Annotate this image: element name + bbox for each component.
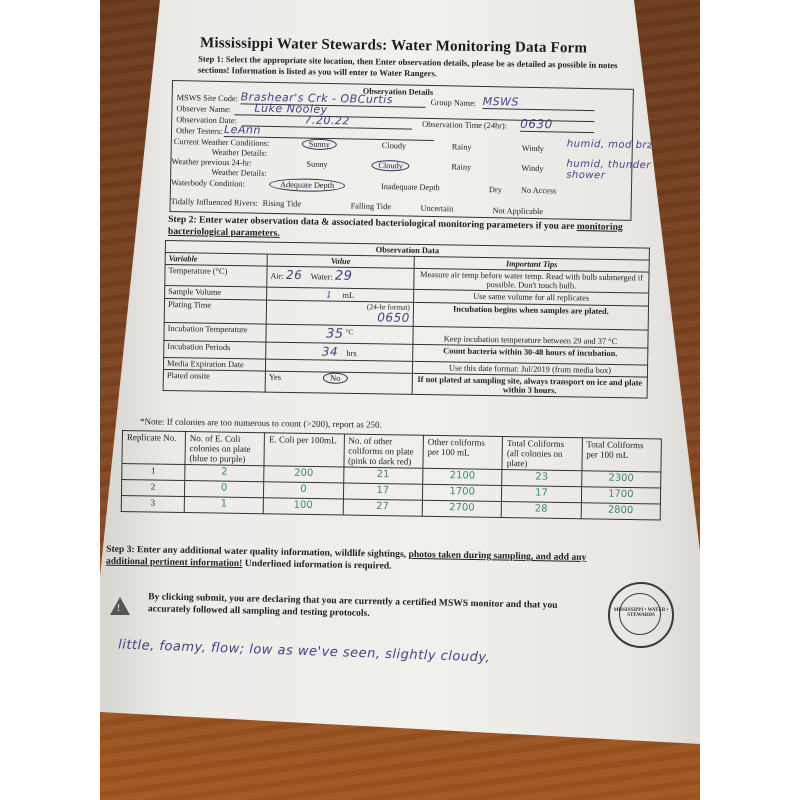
value-plating-time: (24-hr format) 0650	[266, 300, 413, 326]
water-temp-field[interactable]: 29	[335, 269, 353, 284]
sample-volume-field[interactable]: 1	[326, 290, 332, 300]
prev-weather-details-field[interactable]: humid, thunder shower	[566, 159, 676, 183]
replicate-col-header: No. of other coliforms on plate (pink to…	[343, 434, 423, 468]
replicate-value-cell[interactable]: 23	[502, 469, 582, 486]
observer-name-label: Observer Name:	[176, 104, 231, 114]
replicate-value-cell[interactable]: 2	[185, 464, 265, 481]
replicate-value-cell[interactable]: 17	[502, 485, 582, 502]
incubation-periods-unit: hrs	[346, 349, 356, 358]
replicate-table: Replicate No.No. of E. Coli colonies on …	[121, 430, 662, 520]
seal-text: MISSISSIPPI • WATER • STEWARDS	[610, 608, 672, 618]
tidal-option-uncertain[interactable]: Uncertain	[420, 204, 453, 214]
replicate-value-cell[interactable]: 2800	[581, 503, 661, 520]
plated-onsite-yes[interactable]: Yes	[269, 372, 281, 381]
current-weather-option-windy[interactable]: Windy	[522, 144, 544, 153]
replicate-value-cell[interactable]: 2100	[423, 468, 503, 485]
replicate-col-header: Total Coliforms per 100 mL	[581, 438, 661, 472]
current-weather-option-rainy[interactable]: Rainy	[452, 142, 472, 151]
replicate-col-header: No. of E. Coli colonies on plate (blue t…	[185, 431, 265, 465]
prev-weather-option-sunny[interactable]: Sunny	[306, 160, 327, 169]
waterbody-option-dry[interactable]: Dry	[489, 185, 502, 194]
observation-details-box: Observation Details MSWS Site Code: Bras…	[169, 80, 633, 221]
prev-weather-details-label: Weather Details:	[211, 168, 266, 178]
tidal-option-falling[interactable]: Falling Tide	[351, 201, 392, 211]
weather-details-label: Weather Details:	[212, 148, 267, 158]
replicate-value-cell[interactable]: 28	[501, 501, 581, 518]
waterbody-condition-label: Waterbody Condition:	[171, 178, 245, 188]
replicate-value-cell[interactable]: 2700	[422, 500, 502, 517]
prev-weather-label: Weather previous 24-hr:	[171, 157, 252, 168]
variable-temperature: Temperature (°C)	[165, 265, 267, 288]
tip-plated-onsite: If not plated at sampling site, always t…	[412, 373, 647, 398]
air-temp-field[interactable]: 26	[286, 268, 302, 282]
variable-plated-onsite: Plated onsite	[163, 369, 265, 392]
replicate-value-cell[interactable]: 17	[343, 483, 423, 500]
plated-onsite-no[interactable]: No	[323, 372, 347, 383]
value-plated-onsite: Yes No	[265, 371, 412, 394]
photo-background: Mississippi Water Stewards: Water Monito…	[100, 0, 700, 800]
tidal-label: Tidally Influenced Rivers:	[171, 197, 258, 208]
value-temperature: Air: 26 Water: 29	[267, 266, 414, 289]
replicate-value-cell[interactable]: 200	[264, 466, 344, 483]
replicate-value-cell[interactable]: 27	[343, 499, 423, 516]
incubation-periods-field[interactable]: 34	[322, 344, 338, 358]
warning-icon	[110, 597, 130, 615]
plating-time-field[interactable]: 0650	[377, 311, 410, 326]
replicate-value-cell[interactable]: 1	[184, 496, 264, 513]
tidal-option-not-applicable[interactable]: Not Applicable	[492, 206, 543, 216]
air-label: Air:	[270, 272, 284, 281]
current-weather-details-field[interactable]: humid, mod brz	[567, 139, 653, 152]
observation-time-label: Observation Time (24hr):	[422, 120, 507, 131]
replicate-col-header: Other coliforms per 100 mL	[423, 435, 503, 469]
replicate-number: 3	[121, 495, 184, 512]
water-label: Water:	[311, 272, 333, 281]
observation-data-table: Observation Data Variable Value Importan…	[163, 240, 650, 398]
waterbody-option-no-access[interactable]: No Access	[521, 186, 556, 196]
waterbody-option-inadequate[interactable]: Inadequate Depth	[381, 182, 440, 192]
replicate-value-cell[interactable]: 21	[343, 467, 423, 484]
current-weather-option-sunny[interactable]: Sunny	[302, 139, 337, 151]
prev-weather-option-rainy[interactable]: Rainy	[451, 162, 471, 171]
replicate-number: 2	[121, 480, 184, 497]
replicate-value-cell[interactable]: 0	[264, 482, 344, 499]
other-testers-label: Other Testers:	[176, 126, 223, 136]
prev-weather-option-windy[interactable]: Windy	[521, 164, 543, 173]
variable-incubation-periods: Incubation Periods	[164, 340, 266, 359]
sample-volume-unit: mL	[342, 291, 354, 300]
current-weather-label: Current Weather Conditions:	[174, 137, 270, 148]
observation-time-field[interactable]: 0630	[520, 117, 594, 133]
replicate-col-header: Total Coliforms (all colonies on plate)	[502, 436, 582, 470]
waterbody-option-adequate[interactable]: Adequate Depth	[269, 178, 345, 192]
current-weather-option-cloudy[interactable]: Cloudy	[382, 141, 407, 150]
tidal-option-rising[interactable]: Rising Tide	[263, 199, 302, 209]
step3-tail: Underlined information is required.	[245, 558, 392, 572]
replicate-number: 1	[122, 464, 185, 481]
replicate-value-cell[interactable]: 100	[263, 498, 343, 515]
replicate-value-cell[interactable]: 0	[184, 480, 264, 497]
replicate-value-cell[interactable]: 1700	[422, 484, 502, 501]
prev-weather-option-cloudy[interactable]: Cloudy	[371, 160, 410, 172]
replicate-col-header: Replicate No.	[122, 431, 185, 465]
replicate-col-header: E. Coli per 100mL	[264, 433, 344, 467]
value-incubation-temp: 35 °C	[266, 324, 413, 344]
incubation-temp-field[interactable]: 35	[326, 326, 344, 341]
site-code-label: MSWS Site Code:	[177, 93, 238, 103]
replicate-value-cell[interactable]: 2300	[581, 471, 661, 488]
warning-exclamation-icon: !	[117, 603, 120, 613]
mississippi-water-stewards-logo: MISSISSIPPI • WATER • STEWARDS	[608, 582, 674, 648]
replicate-value-cell[interactable]: 1700	[581, 487, 661, 504]
variable-plating-time: Plating Time	[164, 299, 266, 324]
incubation-temp-unit: °C	[346, 328, 354, 336]
variable-incubation-temp: Incubation Temperature	[164, 322, 266, 342]
